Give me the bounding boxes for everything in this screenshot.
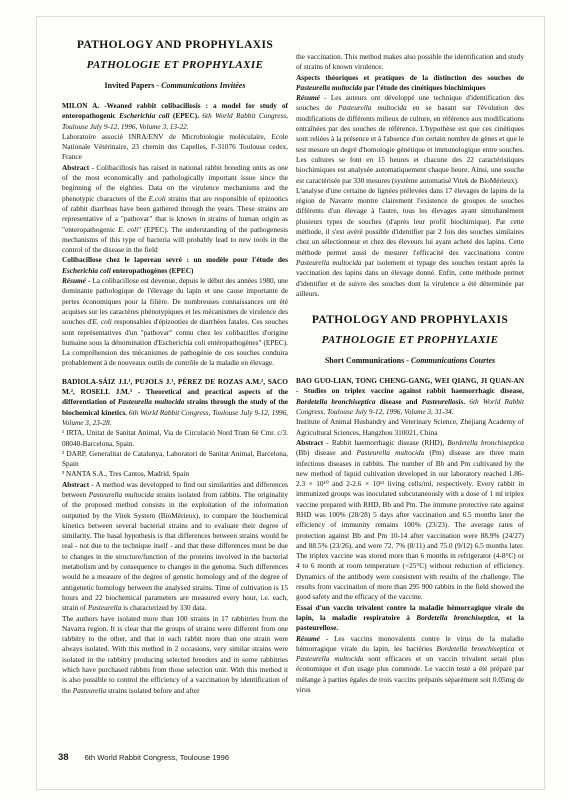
invited-section-header: PATHOLOGY AND PROPHYLAXIS PATHOLOGIE ET …	[62, 38, 288, 91]
footer-congress-label: 6th World Rabbit Congress, Toulouse 1996	[85, 753, 230, 762]
citation: BADIOLA-SÁIZ J.I.¹, PUJOLS J.¹, PÉREZ DE…	[62, 377, 288, 428]
affiliation: Laboratoire associé INRA/ENV de Microbio…	[62, 132, 288, 163]
french-title: Aspects théoriques et pratiques de la di…	[296, 73, 524, 94]
resume-paragraph: Résumé - La colibacillose est devenue, d…	[62, 276, 288, 369]
section-title-english: PATHOLOGY AND PROPHYLAXIS	[296, 313, 524, 327]
abstract-paragraph: Abstract - A method was developped to fi…	[62, 480, 288, 614]
abstract-continuation: the vaccination. This method makes also …	[296, 52, 524, 73]
abstract-paragraph: Abstract - Colibacillosis has raised in …	[62, 163, 288, 256]
resume-paragraph: Résumé - Les vaccins monovalents contre …	[296, 634, 524, 696]
affiliation: ¹ IRTA, Unitat de Sanitat Animal, Via de…	[62, 428, 288, 449]
resume-paragraph: Résumé - Les auteurs ont développé une t…	[296, 93, 524, 186]
left-column: PATHOLOGY AND PROPHYLAXIS PATHOLOGIE ET …	[62, 38, 288, 704]
abstract-paragraph: Abstract - Rabbit haemorrhagic disease (…	[296, 438, 524, 603]
affiliation: ³ NANTA S.A., Tres Cantos, Madrid, Spain	[62, 469, 288, 479]
page-number: 38	[58, 752, 69, 763]
page-footer: 38 6th World Rabbit Congress, Toulouse 1…	[58, 752, 518, 763]
affiliation: Institute of Animal Husbandry and Veteri…	[296, 417, 524, 438]
abstract-entry-bao: BAO GUO-LIAN, TONG CHENG-GANG, WEI QIANG…	[296, 376, 524, 695]
section-subtitle-invited-papers: Invited Papers - Communications Invitées	[62, 80, 288, 91]
abstract-paragraph: The authors have isolated more than 100 …	[62, 614, 288, 696]
abstract-entry-badiola: BADIOLA-SÁIZ J.I.¹, PUJOLS J.¹, PÉREZ DE…	[62, 377, 288, 696]
citation: MILON A. -Weaned rabbit colibacillosis :…	[62, 101, 288, 132]
section-title-english: PATHOLOGY AND PROPHYLAXIS	[62, 38, 288, 52]
citation: BAO GUO-LIAN, TONG CHENG-GANG, WEI QIANG…	[296, 376, 524, 417]
french-title: Colibacillose chez le lapereau sevré : u…	[62, 255, 288, 276]
french-title: Essai d'un vaccin trivalent contre la ma…	[296, 603, 524, 634]
resume-paragraph: L'analyse d'une certaine de lignées prél…	[296, 186, 524, 299]
section-title-french: PATHOLOGIE ET PROPHYLAXIE	[296, 333, 524, 347]
affiliation: ² DARP, Generalitat de Catalunya, Labora…	[62, 449, 288, 470]
abstract-entry-badiola-continued: the vaccination. This method makes also …	[296, 52, 524, 299]
proceedings-page: PATHOLOGY AND PROPHYLAXIS PATHOLOGIE ET …	[0, 0, 569, 800]
section-subtitle-short-communications: Short Communications - Communications Co…	[296, 355, 524, 366]
right-column: the vaccination. This method makes also …	[296, 52, 524, 703]
short-communications-section-header: PATHOLOGY AND PROPHYLAXIS PATHOLOGIE ET …	[296, 313, 524, 366]
abstract-entry-milon: MILON A. -Weaned rabbit colibacillosis :…	[62, 101, 288, 369]
section-title-french: PATHOLOGIE ET PROPHYLAXIE	[62, 58, 288, 72]
